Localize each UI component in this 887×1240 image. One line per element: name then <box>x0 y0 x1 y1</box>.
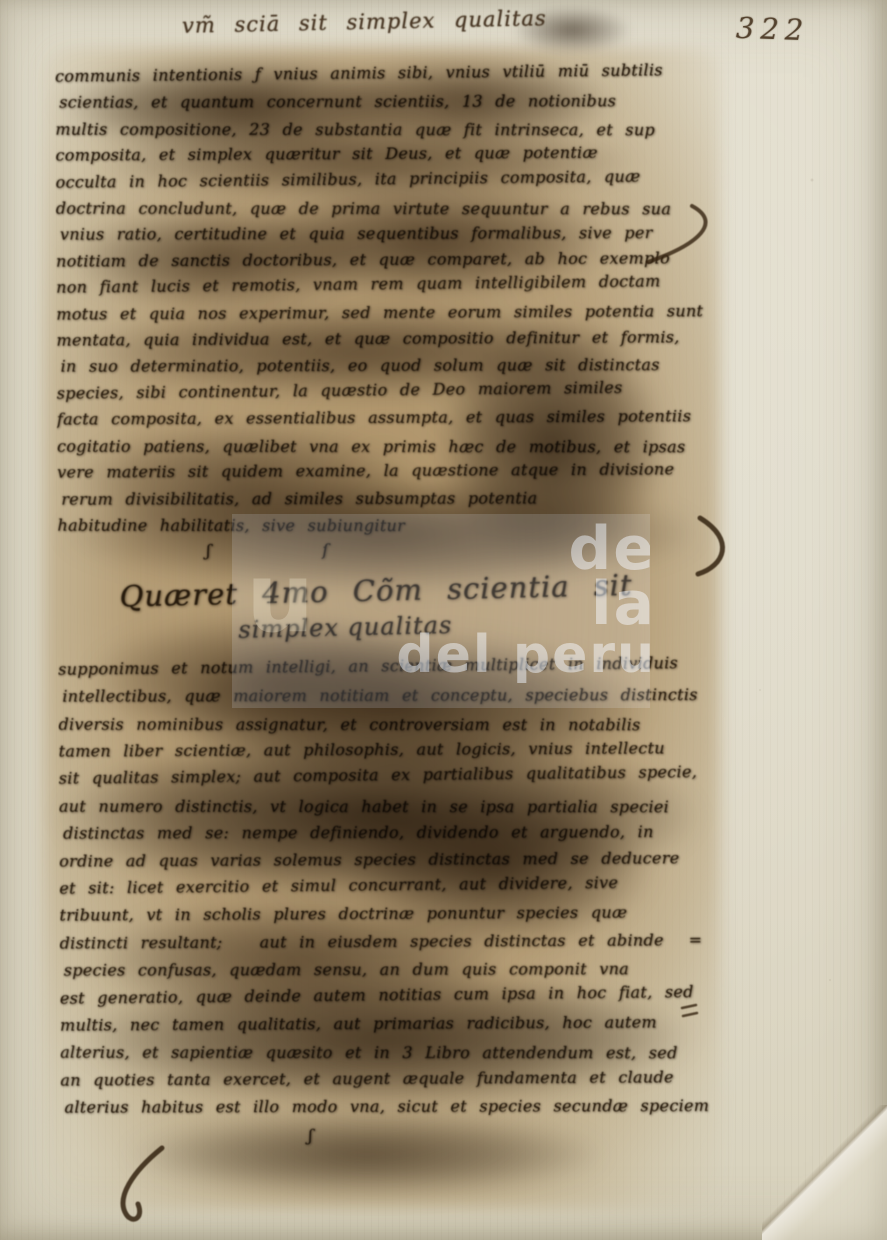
manuscript-line: rerum divisibilitatis, ad similes subsum… <box>61 484 711 512</box>
library-watermark: u de la del peru <box>232 514 650 708</box>
folio-number: 322 <box>735 11 810 48</box>
manuscript-page: communis intentionis ƒ vnius animis sibi… <box>0 0 887 1240</box>
manuscript-line: communis intentionis ƒ vnius animis sibi… <box>55 60 705 90</box>
manuscript-line: tribuunt, vt in scholis plures doctrinæ … <box>59 899 709 930</box>
manuscript-line: distinctas med se: nempe definiendo, div… <box>63 818 711 847</box>
manuscript-line: vere materiis sit quidem examine, la quæ… <box>57 456 707 486</box>
manuscript-line: non fiant lucis et remotis, vnam rem qua… <box>56 268 706 301</box>
watermark-line: la <box>396 577 650 632</box>
manuscript-line: sit qualitas simplex; aut composita ex p… <box>59 758 709 792</box>
manuscript-line: multis compositione, 23 de substantia qu… <box>55 117 705 144</box>
manuscript-part2: supponimus et notum intelligi, an scient… <box>58 652 711 1149</box>
manuscript-line: ʃ <box>61 1121 711 1149</box>
page-corner-fold <box>762 1105 887 1240</box>
watermark-ghost-glyph: u <box>246 542 320 654</box>
manuscript-line: alterius, et sapientiæ quæsito et in 3 L… <box>60 1039 710 1067</box>
manuscript-line: alterius habitus est illo modo vna, sicu… <box>64 1092 711 1121</box>
manuscript-line: diversis nominibus assignatur, et contro… <box>58 710 708 738</box>
manuscript-line: an quoties tanta exercet, et augent æqua… <box>60 1063 710 1094</box>
watermark-line: del peru <box>396 632 650 680</box>
manuscript-line: doctrina concludunt, quæ de prima virtut… <box>56 196 706 223</box>
manuscript-line: species, sibi continentur, la quæstio de… <box>57 374 707 407</box>
manuscript-line: et sit: licet exercitio et simul concurr… <box>59 868 709 902</box>
manuscript-line: facta composita, ex essentialibus assump… <box>57 404 707 434</box>
manuscript-line: cogitatio patiens, quælibet vna ex primi… <box>57 433 707 460</box>
manuscript-line: scientias, et quantum concernunt scienti… <box>59 88 709 116</box>
manuscript-line: aut numero distinctis, vt logica habet i… <box>59 792 709 820</box>
manuscript-line: multis, nec tamen qualitatis, aut primar… <box>60 1008 710 1039</box>
manuscript-part1: communis intentionis ƒ vnius animis sibi… <box>55 60 708 565</box>
watermark-text: de la del peru <box>396 522 650 680</box>
manuscript-line: mentata, quia individua est, et quæ comp… <box>56 324 706 354</box>
manuscript-line: vnius ratio, certitudine et quia sequent… <box>60 220 710 248</box>
manuscript-line: distincti resultant; aut in eiusdem spec… <box>60 926 710 957</box>
running-title: vm̃ sciā sit simplex qualitas <box>182 6 547 38</box>
manuscript-line: motus et quia nos experimur, sed mente e… <box>56 298 706 328</box>
